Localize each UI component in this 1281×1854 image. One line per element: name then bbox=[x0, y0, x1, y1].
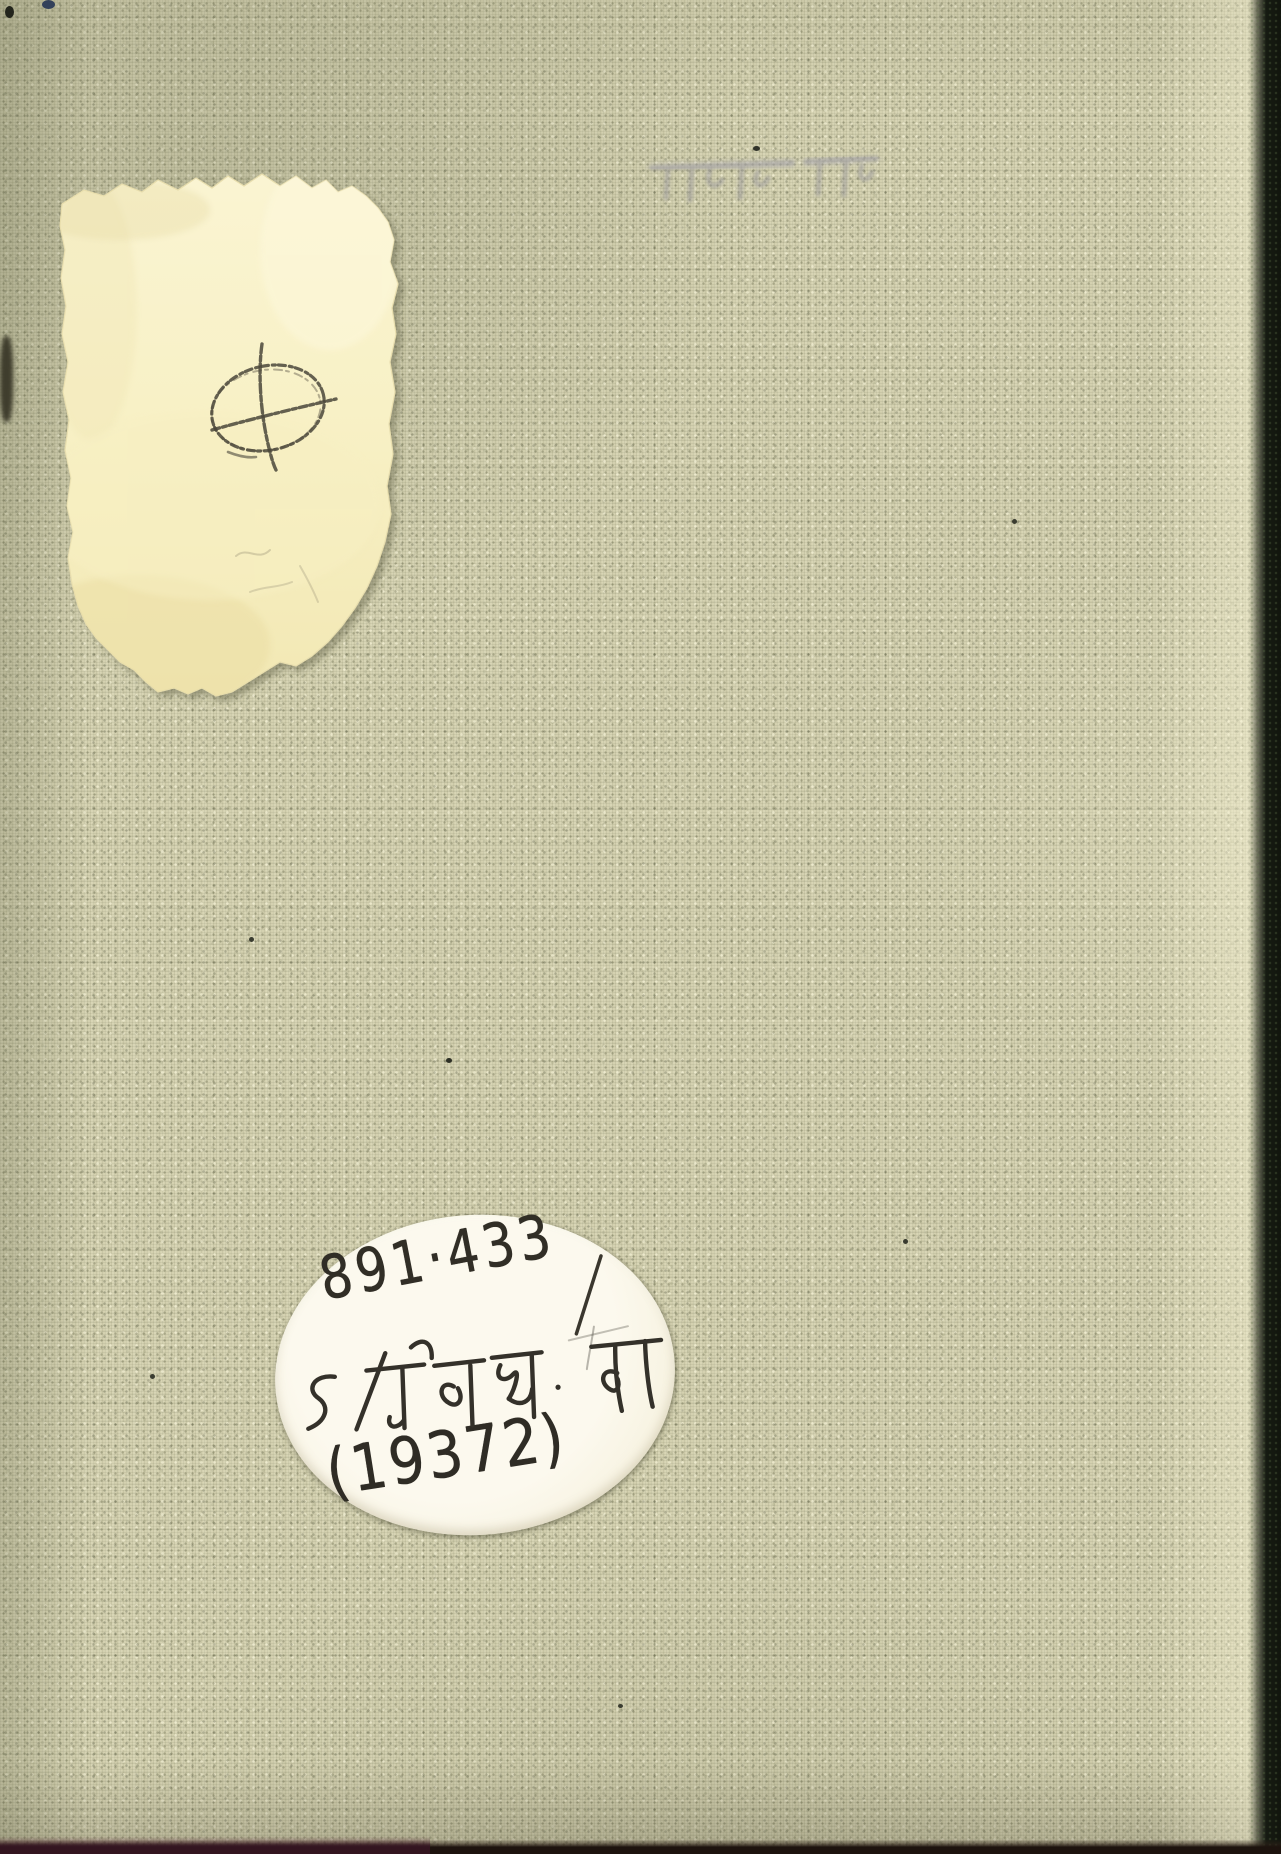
slash-mark bbox=[563, 1254, 631, 1370]
right-edge-shadow bbox=[1249, 0, 1281, 1854]
bottom-left-edge-shadow bbox=[0, 1836, 430, 1854]
sticker-handwriting bbox=[264, 1201, 685, 1548]
faint-stamp-mark bbox=[652, 158, 876, 200]
book-cover-photo: 891·433 / श्रीवास्त का illegible faded D… bbox=[0, 0, 1281, 1854]
library-sticker: 891·433 / श्रीवास्त का illegible faded D… bbox=[264, 1201, 685, 1548]
title-devanagari-strokes bbox=[303, 1325, 666, 1437]
cover-markings bbox=[0, 0, 1281, 1854]
torn-paper-label bbox=[10, 150, 400, 715]
